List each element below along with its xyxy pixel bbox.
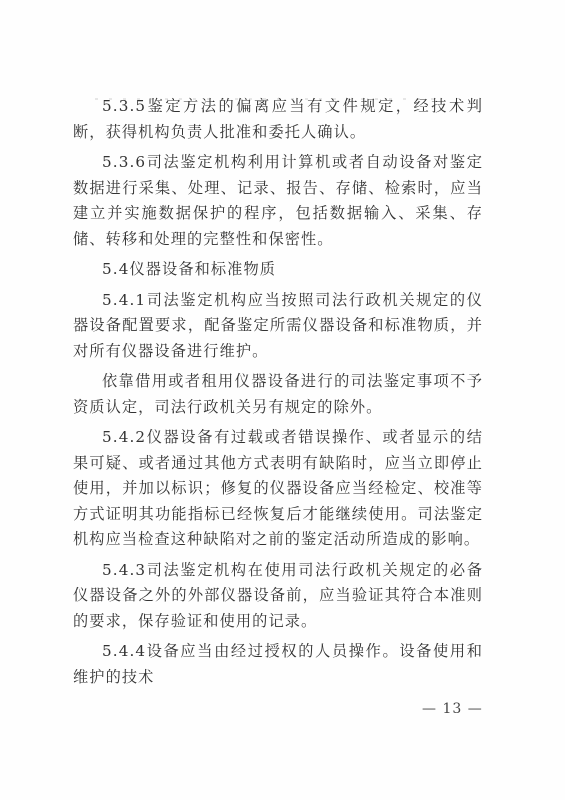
page-number: — 13 — — [422, 701, 483, 717]
paragraph-5-4-3: 5.4.3司法鉴定机构在使用司法行政机关规定的必备仪器设备之外的外部仪器设备前，… — [73, 558, 483, 635]
section-heading-5-4: 5.4仪器设备和标准物质 — [73, 257, 483, 283]
paragraph-5-4-4: 5.4.4设备应当由经过授权的人员操作。设备使用和维护的技术 — [73, 639, 483, 690]
document-body: 5.3.5鉴定方法的偏离应当有文件规定，经技术判断，获得机构负责人批准和委托人确… — [73, 94, 483, 695]
paragraph-5-3-5: 5.3.5鉴定方法的偏离应当有文件规定，经技术判断，获得机构负责人批准和委托人确… — [73, 94, 483, 145]
document-page: 5.3.5鉴定方法的偏离应当有文件规定，经技术判断，获得机构负责人批准和委托人确… — [0, 0, 565, 800]
paragraph-5-4-2: 5.4.2仪器设备有过载或者错误操作、或者显示的结果可疑、或者通过其他方式表明有… — [73, 425, 483, 553]
paragraph-5-3-6: 5.3.6司法鉴定机构利用计算机或者自动设备对鉴定数据进行采集、处理、记录、报告… — [73, 150, 483, 252]
paragraph-5-4-1: 5.4.1司法鉴定机构应当按照司法行政机关规定的仪器设备配置要求，配备鉴定所需仪… — [73, 288, 483, 365]
paragraph-5-4-1-note: 依靠借用或者租用仪器设备进行的司法鉴定事项不予资质认定，司法行政机关另有规定的除… — [73, 369, 483, 420]
